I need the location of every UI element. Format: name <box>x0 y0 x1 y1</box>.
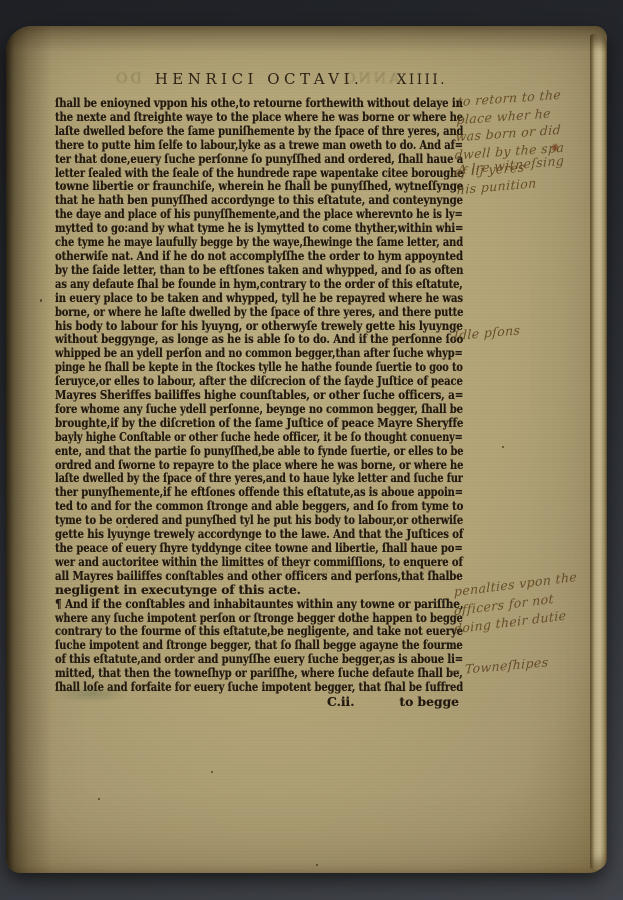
text-line: where any ſuche impotent perſon or ſtron… <box>55 611 383 625</box>
text-line: without beggynge, as longe as he is able… <box>55 332 393 346</box>
text-line: towne libertie or fraunchiſe, wherein he… <box>55 179 397 193</box>
show-through-text: ANNO <box>341 71 399 87</box>
marginalia-note-idle: Idle pſons <box>453 321 520 344</box>
text-line: otherwiſe nat. And if he do not accomply… <box>55 249 393 263</box>
fore-edge <box>590 34 607 870</box>
text-line: mytted to go:and by what tyme he is lymy… <box>55 221 387 235</box>
text-line: contrary to the fourme of this eſtatute,… <box>55 624 389 638</box>
text-block: ſhall be enioyned vppon his othe,to reto… <box>55 96 463 694</box>
text-line: ¶ And if the conſtables and inhabitaunte… <box>55 597 403 611</box>
text-line: ſeruyce,or elles to labour, after the di… <box>55 374 387 388</box>
text-line: negligent in executynge of this acte. <box>55 583 463 597</box>
text-line: whipped be an ydell perſon and no common… <box>55 346 383 360</box>
text-line: ted to and for the common ſtronge and ab… <box>55 499 391 513</box>
signature-mark: C.ii. <box>327 694 354 709</box>
text-line: of this eſtatute,and order and punyſſhe … <box>55 652 388 666</box>
text-line: there to putte him ſelfe to labour,lyke … <box>55 138 384 152</box>
text-line: laſte dwelled by the ſpace of thre yeres… <box>55 471 378 485</box>
text-line: the peace of euery ſhyre tyddynge citee … <box>55 541 388 555</box>
page-header: DO HENRICI OCTAVI. ANNO XIIII. <box>55 70 463 92</box>
show-through-line: accordynge to the fourme of the same <box>156 562 456 576</box>
foxing-spot <box>63 186 66 189</box>
text-line: broughte,if by the diſcretion of the ſam… <box>55 416 395 430</box>
gutter-shadow <box>6 26 52 873</box>
foxing-spot <box>237 158 239 160</box>
foxing-spot <box>502 446 504 448</box>
text-line: by the ſaide letter, than to be eftſones… <box>55 263 389 277</box>
text-line: Mayres Sheriffes bailiffes highe counſta… <box>55 388 399 402</box>
text-line: letter ſealed with the ſeale of the hund… <box>55 166 383 180</box>
faded-ink-smudge <box>56 686 128 702</box>
text-line: as any defaute ſhal be founde in hym,con… <box>55 277 385 291</box>
marginalia-line: Idle pſons <box>453 321 520 344</box>
text-line: bayly highe Conſtable or other ſuche hed… <box>55 430 377 444</box>
foxing-spot <box>98 798 100 800</box>
text-line: his body to labour for his lyuyng, or ot… <box>55 319 398 333</box>
text-line: laſte dwelled before the ſame puniſhemen… <box>55 124 385 138</box>
text-line: ente, and that the partie ſo punyſſhed,b… <box>55 444 380 458</box>
text-line: mitted, that then the towneſhyp or pariſ… <box>55 666 389 680</box>
show-through-text: DO <box>113 71 142 87</box>
text-line: that he hath ben punyſſhed accordynge to… <box>55 193 392 207</box>
text-line: the nexte and ſtreighte waye to the plac… <box>55 110 389 124</box>
foxing-spot <box>211 771 213 773</box>
foxing-spot <box>126 526 128 528</box>
catchword: to begge <box>399 694 459 709</box>
marginalia-note-letter: A lre witneſsinghis punition <box>457 151 565 201</box>
text-line: pinge he ſhall be kepte in the ſtockes t… <box>55 360 379 374</box>
foxing-spot <box>316 864 318 866</box>
text-line: fore whome any ſuche ydell perſonne, bey… <box>55 402 389 416</box>
text-line: tyme to be ordered and punyſhed tyl he p… <box>55 513 385 527</box>
page-top-shadow <box>6 26 607 52</box>
marginalia-note-penalties: penalties vpon theofficers for notdoing … <box>454 568 577 639</box>
folio-number: XIIII. <box>397 72 447 88</box>
text-line: in euery place to be taken and whypped, … <box>55 291 390 305</box>
text-line: borne, or where he laſte dwelled by the … <box>55 305 383 319</box>
text-line: ther punyſhemente,if he eftſones offende… <box>55 485 385 499</box>
foxing-spot <box>40 299 42 302</box>
text-line: ordred and ſworne to repayre to the plac… <box>55 458 383 472</box>
text-line: the daye and place of his punyſſhemente,… <box>55 207 384 221</box>
text-line: ter that done,euery ſuche perſonne ſo pu… <box>55 152 387 166</box>
text-line: che tyme he maye laufully begge by the w… <box>55 235 383 249</box>
text-line: ſhall be enioyned vppon his othe,to reto… <box>55 96 391 110</box>
book-page: DO HENRICI OCTAVI. ANNO XIIII. ſhall be … <box>6 26 607 873</box>
text-line: ſuche impotent and ſtronge begger, that … <box>55 638 387 652</box>
text-line: gette his lyuynge trewely accordynge to … <box>55 527 392 541</box>
